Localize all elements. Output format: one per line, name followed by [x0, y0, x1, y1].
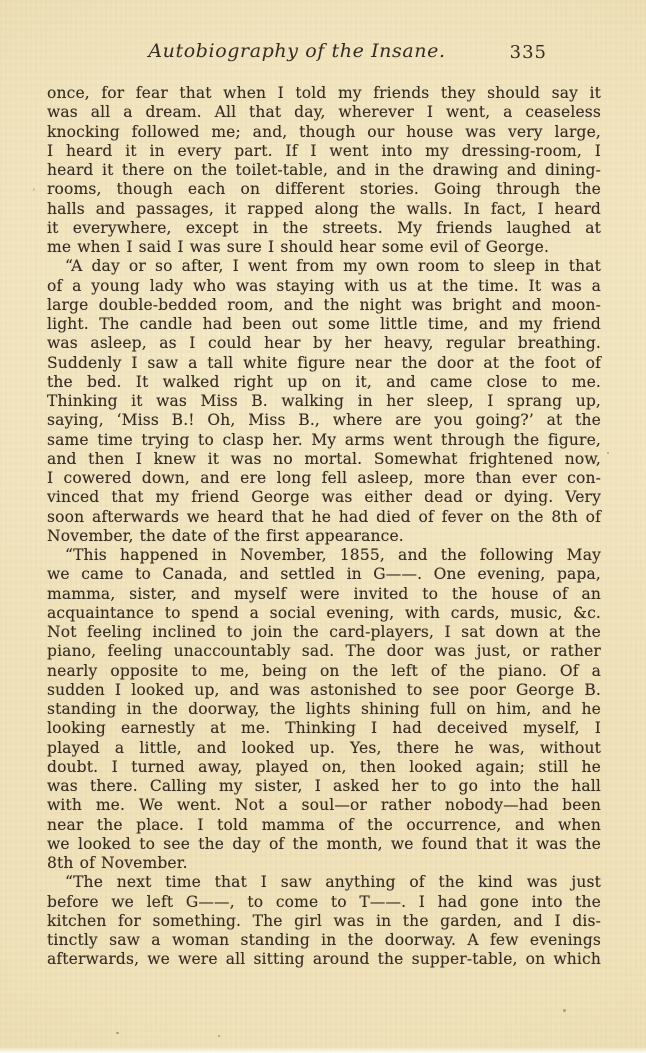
page-text: once, for fear that when I told my frien… — [47, 84, 601, 970]
text-line: “The next time that I saw anything of th… — [47, 873, 601, 892]
text-line: with me. We went. Not a soul—or rather n… — [47, 796, 601, 815]
text-line: “A day or so after, I went from my own r… — [47, 257, 601, 276]
text-line: before we left G——, to come to T——. I ha… — [47, 893, 601, 912]
text-line: it everywhere, except in the streets. My… — [47, 219, 601, 238]
text-line: was asleep, as I could hear by her heavy… — [47, 334, 601, 353]
text-line: knocking followed me; and, though our ho… — [47, 123, 601, 142]
text-line: soon afterwards we heard that he had die… — [47, 508, 601, 527]
text-line: we looked to see the day of the month, w… — [47, 835, 601, 854]
scan-bottom-edge — [0, 1048, 646, 1053]
text-line: was there. Calling my sister, I asked he… — [47, 777, 601, 796]
text-line: “This happened in November, 1855, and th… — [47, 546, 601, 565]
paper-speck — [218, 1035, 220, 1037]
text-line: heard it there on the toilet-table, and … — [47, 161, 601, 180]
text-line: afterwards, we were all sitting around t… — [47, 950, 601, 969]
page-header: Autobiography of the Insane. 335 — [0, 40, 646, 68]
text-line: halls and passages, it rapped along the … — [47, 200, 601, 219]
text-line: vinced that my friend George was either … — [47, 488, 601, 507]
text-line: the bed. It walked right up on it, and c… — [47, 373, 601, 392]
text-line: was all a dream. All that day, wherever … — [47, 103, 601, 122]
text-line: near the place. I told mamma of the occu… — [47, 816, 601, 835]
text-line: tinctly saw a woman standing in the door… — [47, 931, 601, 950]
text-line: same time trying to clasp her. My arms w… — [47, 431, 601, 450]
paper-speck — [607, 452, 609, 454]
text-line: of a young lady who was staying with us … — [47, 277, 601, 296]
text-line: nearly opposite to me, being on the left… — [47, 662, 601, 681]
text-line: saying, ‘Miss B.! Oh, Miss B., where are… — [47, 411, 601, 430]
text-line: large double-bedded room, and the night … — [47, 296, 601, 315]
text-line: I heard it in every part. If I went into… — [47, 142, 601, 161]
page-number: 335 — [510, 42, 547, 63]
text-line: November, the date of the first appearan… — [47, 527, 601, 546]
text-line: kitchen for something. The girl was in t… — [47, 912, 601, 931]
text-line: doubt. I turned away, played on, then lo… — [47, 758, 601, 777]
paper-speck — [116, 1032, 119, 1034]
text-line: once, for fear that when I told my frien… — [47, 84, 601, 103]
text-line: light. The candle had been out some litt… — [47, 315, 601, 334]
text-line: we came to Canada, and settled in G——. O… — [47, 565, 601, 584]
book-page: Autobiography of the Insane. 335 once, f… — [0, 0, 646, 1053]
text-line: sudden I looked up, and was astonished t… — [47, 681, 601, 700]
running-title: Autobiography of the Insane. — [47, 40, 547, 62]
text-line: mamma, sister, and myself were invited t… — [47, 585, 601, 604]
text-line: and then I knew it was no mortal. Somewh… — [47, 450, 601, 469]
text-line: looking earnestly at me. Thinking I had … — [47, 719, 601, 738]
paper-speck — [33, 188, 35, 191]
text-line: Thinking it was Miss B. walking in her s… — [47, 392, 601, 411]
text-line: me when I said I was sure I should hear … — [47, 238, 601, 257]
text-line: Suddenly I saw a tall white figure near … — [47, 354, 601, 373]
text-line: I cowered down, and ere long fell asleep… — [47, 469, 601, 488]
text-line: acquaintance to spend a social evening, … — [47, 604, 601, 623]
text-line: Not feeling inclined to join the card-pl… — [47, 623, 601, 642]
text-line: rooms, though each on different stories.… — [47, 180, 601, 199]
paper-speck — [563, 1009, 566, 1012]
text-line: played a little, and looked up. Yes, the… — [47, 739, 601, 758]
text-line: standing in the doorway, the lights shin… — [47, 700, 601, 719]
text-line: 8th of November. — [47, 854, 601, 873]
text-line: piano, feeling unaccountably sad. The do… — [47, 642, 601, 661]
